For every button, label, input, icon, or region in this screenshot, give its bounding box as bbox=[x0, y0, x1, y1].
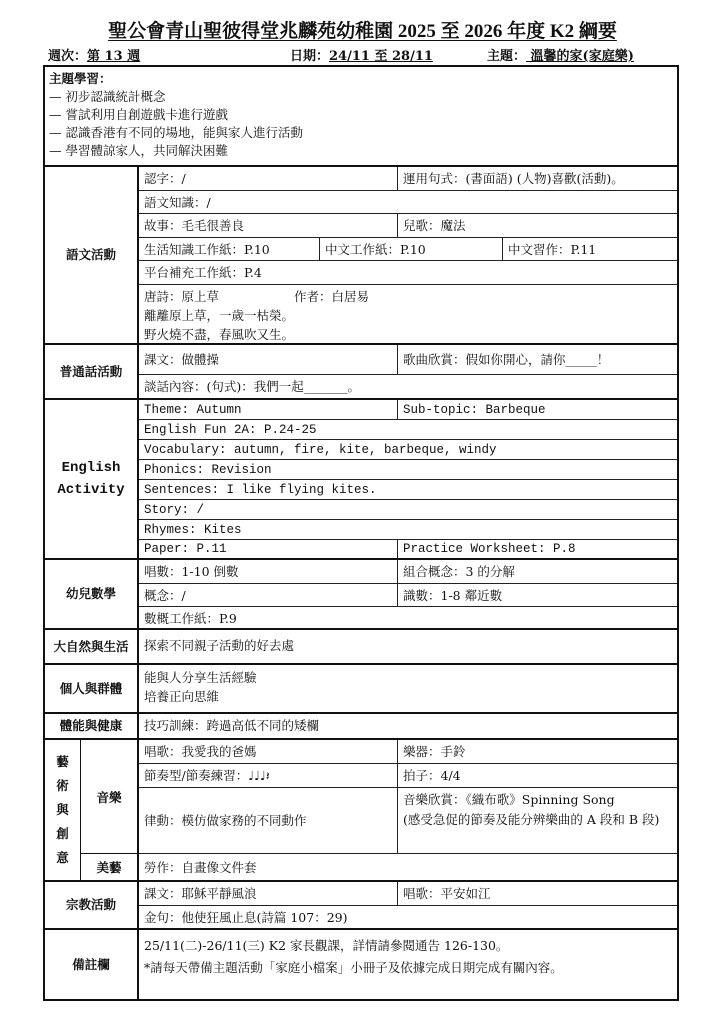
music-appreciation-cell: 音樂欣賞：《織布歌》Spinning Song (感受急促的節奏及能分辨樂曲的 … bbox=[398, 788, 677, 854]
appreciation-note: (感受急促的節奏及能分辨樂曲的 A 段和 B 段) bbox=[403, 810, 672, 830]
poem-cell: 唐詩：原上草作者：白居易 離離原上草，一歲一枯榮。 野火燒不盡，春風吹又生。 bbox=[139, 285, 677, 343]
chinese-section: 語文活動 認字：/ 運用句式：(書面語) (人物)喜歡(活動)。 語文知識：/ … bbox=[45, 167, 677, 345]
theme-label: 主題： bbox=[487, 49, 526, 64]
math-composition-cell: 組合概念：3 的分解 bbox=[398, 560, 677, 584]
english-section: English Activity Theme: Autumn Sub-topic… bbox=[45, 400, 677, 560]
putonghua-talk-cell: 談話內容：(句式)：我們一起_______。 bbox=[139, 375, 677, 398]
remarks-label: 備註欄 bbox=[45, 930, 139, 999]
story-cell: 故事：毛毛很善良 bbox=[139, 214, 398, 238]
remarks-line: *請每天帶備主題活動「家庭小檔案」小冊子及依據完成日期完成有關內容。 bbox=[144, 957, 672, 979]
physical-label: 體能與健康 bbox=[45, 714, 139, 738]
week-label: 週次： bbox=[48, 49, 87, 64]
date-info: 日期：24/11 至 28/11 bbox=[290, 45, 433, 64]
religion-section: 宗教活動 課文：耶穌平靜風浪 唱歌：平安如江 金句：他使狂風止息(詩篇 107：… bbox=[45, 882, 677, 930]
arts-label: 藝 術 與 創 意 bbox=[45, 740, 81, 880]
putonghua-section: 普通話活動 課文：做體操 歌曲欣賞：假如你開心，請你_____！ 談話內容：(句… bbox=[45, 345, 677, 400]
theme-learning-heading: 主題學習： bbox=[49, 70, 673, 88]
personal-line: 能與人分享生活經驗 bbox=[144, 668, 672, 687]
math-label: 幼兒數學 bbox=[45, 560, 139, 628]
english-label: English Activity bbox=[45, 400, 139, 558]
english-vocabulary-cell: Vocabulary: autumn, fire, kite, barbeque… bbox=[139, 440, 677, 460]
poem-title: 唐詩：原上草 bbox=[144, 287, 294, 306]
theme-item: — 嘗試利用自創遊戲卡進行遊戲 bbox=[49, 106, 673, 124]
appreciation-title: 音樂欣賞：《織布歌》Spinning Song bbox=[403, 790, 672, 810]
music-label: 音樂 bbox=[81, 740, 139, 854]
english-phonics-cell: Phonics: Revision bbox=[139, 460, 677, 480]
poem-line: 離離原上草，一歲一枯榮。 bbox=[144, 306, 672, 325]
math-recognition-cell: 識數：1-8 鄰近數 bbox=[398, 584, 677, 607]
visual-arts-label: 美藝 bbox=[81, 854, 139, 880]
word-recognition-cell: 認字：/ bbox=[139, 167, 398, 191]
sentence-pattern-cell: 運用句式：(書面語) (人物)喜歡(活動)。 bbox=[398, 167, 677, 191]
music-beat-cell: 拍子：4/4 bbox=[398, 764, 677, 788]
poem-author: 作者：白居易 bbox=[294, 289, 369, 304]
music-instrument-cell: 樂器：手鈴 bbox=[398, 740, 677, 764]
remarks-content-cell: 25/11(二)-26/11(三) K2 家長觀課，詳情請參閱通告 126-13… bbox=[139, 930, 677, 999]
music-rhythm-cell: 節奏型/節奏練習：♩♩♩𝄽 bbox=[139, 764, 398, 788]
english-rhymes-cell: Rhymes: Kites bbox=[139, 520, 677, 540]
date-label: 日期： bbox=[290, 49, 329, 64]
arts-label-char: 藝 bbox=[56, 750, 69, 774]
curriculum-table: 主題學習： — 初步認識統計概念 — 嘗試利用自創遊戲卡進行遊戲 — 認識香港有… bbox=[43, 65, 679, 1001]
platform-worksheet-cell: 平台補充工作紙：P.4 bbox=[139, 261, 677, 285]
personal-content-cell: 能與人分享生活經驗 培養正向思維 bbox=[139, 665, 677, 712]
language-knowledge-cell: 語文知識：/ bbox=[139, 191, 677, 214]
week-info: 週次：第 13 週 bbox=[48, 45, 140, 64]
document-title: 聖公會青山聖彼得堂兆麟苑幼稚園 2025 至 2026 年度 K2 綱要 bbox=[0, 16, 725, 43]
theme-item: — 認識香港有不同的場地，能與家人進行活動 bbox=[49, 124, 673, 142]
english-book-cell: English Fun 2A: P.24-25 bbox=[139, 420, 677, 440]
english-theme-cell: Theme: Autumn bbox=[139, 400, 398, 420]
theme-item: — 學習體諒家人，共同解決困難 bbox=[49, 142, 673, 160]
math-concept-cell: 概念：/ bbox=[139, 584, 398, 607]
date-value: 24/11 至 28/11 bbox=[329, 49, 433, 64]
nature-label: 大自然與生活 bbox=[45, 630, 139, 663]
theme-learning-section: 主題學習： — 初步認識統計概念 — 嘗試利用自創遊戲卡進行遊戲 — 認識香港有… bbox=[45, 67, 677, 167]
nature-content-cell: 探索不同親子活動的好去處 bbox=[139, 630, 677, 663]
math-worksheet-cell: 數概工作紙：P.9 bbox=[139, 607, 677, 628]
english-sentences-cell: Sentences: I like flying kites. bbox=[139, 480, 677, 500]
english-subtopic-cell: Sub-topic: Barbeque bbox=[398, 400, 677, 420]
chinese-label: 語文活動 bbox=[45, 167, 139, 343]
rhyme-cell: 兒歌：魔法 bbox=[398, 214, 677, 238]
personal-section: 個人與群體 能與人分享生活經驗 培養正向思維 bbox=[45, 665, 677, 714]
remarks-line: 25/11(二)-26/11(三) K2 家長觀課，詳情請參閱通告 126-13… bbox=[144, 935, 672, 957]
english-story-cell: Story: / bbox=[139, 500, 677, 520]
theme-item: — 初步認識統計概念 bbox=[49, 88, 673, 106]
music-movement-cell: 律動：模仿做家務的不同動作 bbox=[139, 788, 398, 854]
arts-label-char: 與 bbox=[56, 798, 69, 822]
poem-header: 唐詩：原上草作者：白居易 bbox=[144, 287, 672, 306]
nature-section: 大自然與生活 探索不同親子活動的好去處 bbox=[45, 630, 677, 665]
physical-section: 體能與健康 技巧訓練：跨過高低不同的矮欄 bbox=[45, 714, 677, 740]
remarks-section: 備註欄 25/11(二)-26/11(三) K2 家長觀課，詳情請參閱通告 12… bbox=[45, 930, 677, 999]
math-counting-cell: 唱數：1-10 倒數 bbox=[139, 560, 398, 584]
putonghua-song-cell: 歌曲欣賞：假如你開心，請你_____！ bbox=[398, 345, 677, 375]
arts-label-char: 意 bbox=[56, 846, 69, 870]
religion-text-cell: 課文：耶穌平靜風浪 bbox=[139, 882, 398, 906]
week-value: 第 13 週 bbox=[87, 49, 140, 64]
english-practice-cell: Practice Worksheet: P.8 bbox=[398, 540, 677, 558]
religion-label: 宗教活動 bbox=[45, 882, 139, 928]
english-paper-cell: Paper: P.11 bbox=[139, 540, 398, 558]
arts-section: 藝 術 與 創 意 音樂 美藝 唱歌：我愛我的爸媽 樂器：手鈴 節奏型/節奏練習… bbox=[45, 740, 677, 882]
chinese-practice-cell: 中文習作：P.11 bbox=[503, 238, 677, 261]
putonghua-text-cell: 課文：做體操 bbox=[139, 345, 398, 375]
chinese-worksheet-cell: 中文工作紙：P.10 bbox=[320, 238, 503, 261]
arts-label-char: 術 bbox=[56, 774, 69, 798]
poem-line: 野火燒不盡，春風吹又生。 bbox=[144, 325, 672, 343]
religion-verse-cell: 金句：他使狂風止息(詩篇 107：29) bbox=[139, 906, 677, 928]
life-worksheet-cell: 生活知識工作紙：P.10 bbox=[139, 238, 320, 261]
theme-value: 溫馨的家(家庭樂) bbox=[526, 49, 634, 64]
english-label-line: English bbox=[62, 457, 121, 479]
personal-label: 個人與群體 bbox=[45, 665, 139, 712]
personal-line: 培養正向思維 bbox=[144, 687, 672, 706]
religion-song-cell: 唱歌：平安如江 bbox=[398, 882, 677, 906]
visual-arts-craft-cell: 勞作：自畫像文件套 bbox=[139, 854, 677, 880]
physical-content-cell: 技巧訓練：跨過高低不同的矮欄 bbox=[139, 714, 677, 738]
putonghua-label: 普通話活動 bbox=[45, 345, 139, 398]
english-label-line: Activity bbox=[57, 479, 124, 501]
title-text: 聖公會青山聖彼得堂兆麟苑幼稚園 2025 至 2026 年度 K2 綱要 bbox=[108, 21, 617, 42]
theme-info: 主題： 溫馨的家(家庭樂) bbox=[487, 45, 634, 64]
music-song-cell: 唱歌：我愛我的爸媽 bbox=[139, 740, 398, 764]
arts-label-char: 創 bbox=[56, 822, 69, 846]
math-section: 幼兒數學 唱數：1-10 倒數 組合概念：3 的分解 概念：/ 識數：1-8 鄰… bbox=[45, 560, 677, 630]
